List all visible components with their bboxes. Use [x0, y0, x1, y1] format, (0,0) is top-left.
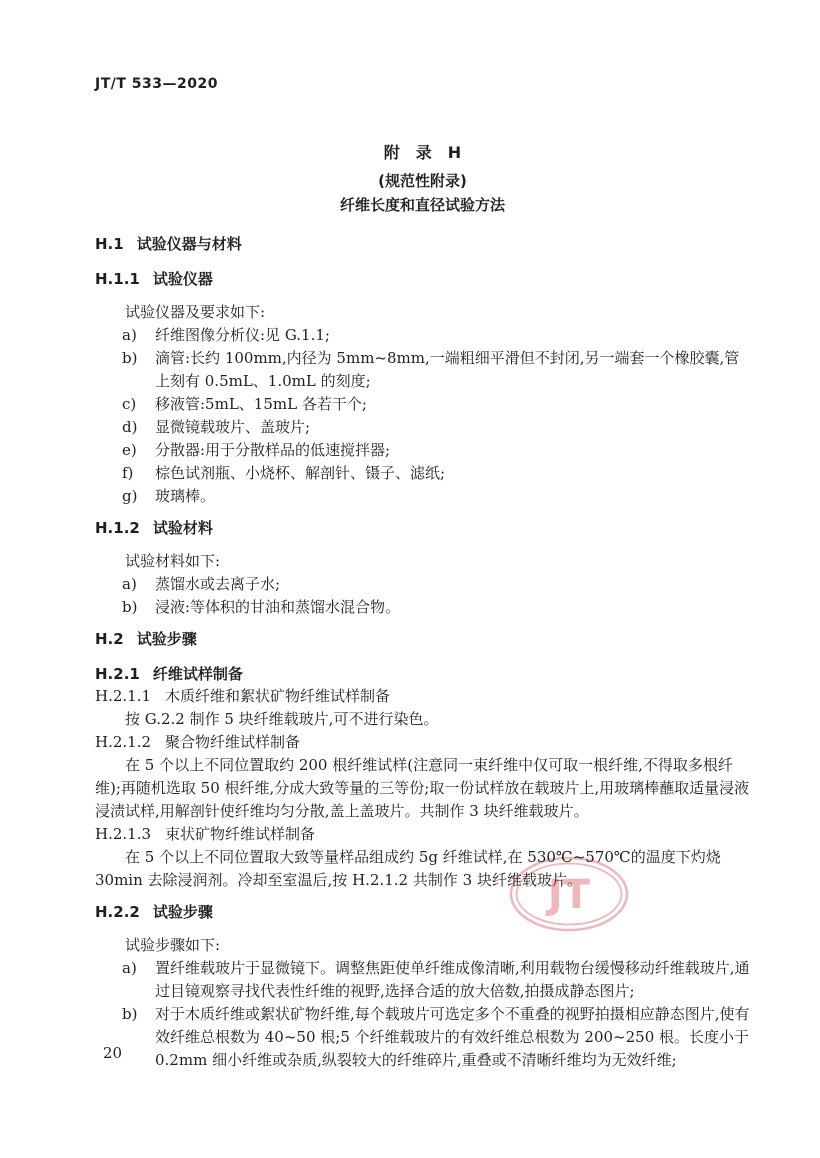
heading-h12: H.1.2试验材料 — [95, 517, 750, 539]
heading-h211: H.2.1.1木质纤维和絮状矿物纤维试样制备 — [95, 685, 750, 708]
heading-h11: H.1.1试验仪器 — [95, 268, 750, 290]
list-item: b) 滴管:长约 100mm,内径为 5mm~8mm,一端粗细平滑但不封闭,另一… — [122, 347, 750, 393]
heading-h1-num: H.1 — [95, 235, 124, 253]
h211-paragraph: 按 G.2.2 制作 5 块纤维载玻片,可不进行染色。 — [95, 708, 750, 731]
list-item-label: a) — [122, 957, 155, 1003]
list-item: b) 对于木质纤维或絮状矿物纤维,每个载玻片可选定多个不重叠的视野拍摄相应静态图… — [122, 1003, 750, 1072]
heading-h22-num: H.2.2 — [95, 903, 140, 921]
list-item: e) 分散器:用于分散样品的低速搅拌器; — [122, 439, 750, 462]
list-item-text: 玻璃棒。 — [155, 485, 750, 508]
list-item-label: a) — [122, 573, 155, 596]
list-item-label: f) — [122, 462, 155, 485]
document-page: JT/T 533—2020 JT 附 录 H (规范性附录) 纤维长度和直径试验… — [0, 0, 820, 1158]
heading-h211-num: H.2.1.1 — [95, 687, 151, 705]
appendix-name: 纤维长度和直径试验方法 — [95, 193, 750, 217]
list-item-label: c) — [122, 393, 155, 416]
heading-h211-title: 木质纤维和絮状矿物纤维试样制备 — [165, 687, 390, 705]
appendix-subtitle: (规范性附录) — [95, 169, 750, 193]
list-item: a) 置纤维载玻片于显微镜下。调整焦距使单纤维成像清晰,利用载物台缓慢移动纤维载… — [122, 957, 750, 1003]
list-item: a) 纤维图像分析仪:见 G.1.1; — [122, 324, 750, 347]
h213-paragraph: 在 5 个以上不同位置取大致等量样品组成约 5g 纤维试样,在 530℃~570… — [95, 846, 750, 892]
h11-intro: 试验仪器及要求如下: — [95, 301, 750, 324]
list-item: g) 玻璃棒。 — [122, 485, 750, 508]
list-item-label: b) — [122, 596, 155, 619]
heading-h2-title: 试验步骤 — [137, 630, 197, 648]
heading-h21: H.2.1纤维试样制备 — [95, 663, 750, 685]
heading-h213-title: 束状矿物纤维试样制备 — [165, 825, 315, 843]
list-item-label: e) — [122, 439, 155, 462]
heading-h212-title: 聚合物纤维试样制备 — [165, 733, 300, 751]
heading-h2: H.2试验步骤 — [95, 628, 750, 650]
list-item-text: 对于木质纤维或絮状矿物纤维,每个载玻片可选定多个不重叠的视野拍摄相应静态图片,使… — [155, 1003, 750, 1072]
list-item-text: 纤维图像分析仪:见 G.1.1; — [155, 324, 750, 347]
heading-h213: H.2.1.3束状矿物纤维试样制备 — [95, 823, 750, 846]
list-item-label: a) — [122, 324, 155, 347]
heading-h213-num: H.2.1.3 — [95, 825, 151, 843]
heading-h22-title: 试验步骤 — [153, 903, 213, 921]
list-item: a) 蒸馏水或去离子水; — [122, 573, 750, 596]
heading-h1: H.1试验仪器与材料 — [95, 233, 750, 255]
heading-h21-title: 纤维试样制备 — [153, 665, 243, 683]
list-item-text: 分散器:用于分散样品的低速搅拌器; — [155, 439, 750, 462]
heading-h12-title: 试验材料 — [153, 519, 213, 537]
list-item-label: g) — [122, 485, 155, 508]
h12-intro: 试验材料如下: — [95, 550, 750, 573]
list-item-text: 棕色试剂瓶、小烧杯、解剖针、镊子、滤纸; — [155, 462, 750, 485]
page-content: 附 录 H (规范性附录) 纤维长度和直径试验方法 H.1试验仪器与材料 H.1… — [95, 140, 750, 1072]
h212-paragraph: 在 5 个以上不同位置取约 200 根纤维试样(注意同一束纤维中仅可取一根纤维,… — [95, 754, 750, 823]
doc-code: JT/T 533—2020 — [95, 76, 218, 92]
list-item-label: b) — [122, 347, 155, 393]
heading-h212: H.2.1.2聚合物纤维试样制备 — [95, 731, 750, 754]
heading-h1-title: 试验仪器与材料 — [137, 235, 242, 253]
heading-h11-title: 试验仪器 — [153, 270, 213, 288]
list-item: b) 浸液:等体积的甘油和蒸馏水混合物。 — [122, 596, 750, 619]
list-item-text: 显微镜载玻片、盖玻片; — [155, 416, 750, 439]
h22-intro: 试验步骤如下: — [95, 934, 750, 957]
list-item-text: 滴管:长约 100mm,内径为 5mm~8mm,一端粗细平滑但不封闭,另一端套一… — [155, 347, 750, 393]
list-item: d) 显微镜载玻片、盖玻片; — [122, 416, 750, 439]
h12-list: a) 蒸馏水或去离子水; b) 浸液:等体积的甘油和蒸馏水混合物。 — [95, 573, 750, 619]
list-item-label: b) — [122, 1003, 155, 1072]
h22-list: a) 置纤维载玻片于显微镜下。调整焦距使单纤维成像清晰,利用载物台缓慢移动纤维载… — [95, 957, 750, 1072]
list-item-label: d) — [122, 416, 155, 439]
appendix-title: 附 录 H — [95, 140, 750, 166]
list-item-text: 移液管:5mL、15mL 各若干个; — [155, 393, 750, 416]
h11-list: a) 纤维图像分析仪:见 G.1.1; b) 滴管:长约 100mm,内径为 5… — [95, 324, 750, 508]
heading-h22: H.2.2试验步骤 — [95, 901, 750, 923]
heading-h212-num: H.2.1.2 — [95, 733, 151, 751]
heading-h11-num: H.1.1 — [95, 270, 140, 288]
heading-h2-num: H.2 — [95, 630, 124, 648]
appendix-title-block: 附 录 H (规范性附录) 纤维长度和直径试验方法 — [95, 140, 750, 217]
list-item-text: 浸液:等体积的甘油和蒸馏水混合物。 — [155, 596, 750, 619]
list-item: f) 棕色试剂瓶、小烧杯、解剖针、镊子、滤纸; — [122, 462, 750, 485]
list-item-text: 蒸馏水或去离子水; — [155, 573, 750, 596]
list-item: c) 移液管:5mL、15mL 各若干个; — [122, 393, 750, 416]
heading-h12-num: H.1.2 — [95, 519, 140, 537]
page-number: 20 — [103, 1044, 122, 1062]
heading-h21-num: H.2.1 — [95, 665, 140, 683]
list-item-text: 置纤维载玻片于显微镜下。调整焦距使单纤维成像清晰,利用载物台缓慢移动纤维载玻片,… — [155, 957, 750, 1003]
